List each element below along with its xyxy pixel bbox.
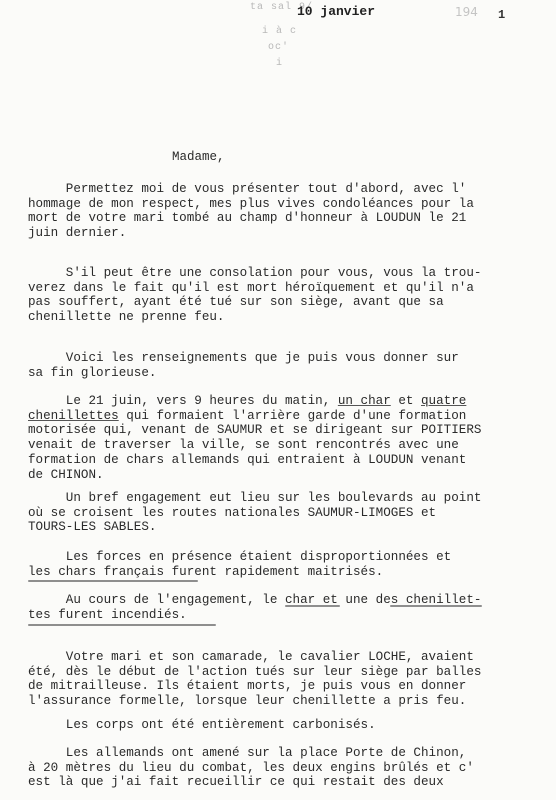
faint-stamp-line: oc' [268,42,289,53]
paragraph: Les corps ont été entièrement carbonisés… [28,718,556,733]
text-line: tes furent incendiés. [28,608,556,623]
paragraph: Le 21 juin, vers 9 heures du matin, un c… [28,394,556,482]
letter-date: 10 janvier [297,4,375,19]
text-line: est là que j'ai fait recueillir ce qui r… [28,775,556,790]
typed-underline: un char [338,394,391,408]
text-line: les chars français furent rapidement mai… [28,565,556,580]
pen-underline [390,605,482,607]
paragraph: S'il peut être une consolation pour vous… [28,266,556,325]
text-line: l'assurance formelle, lorsque leur cheni… [28,694,556,709]
text-line: juin dernier. [28,226,556,241]
text-line: Le 21 juin, vers 9 heures du matin, un c… [28,394,556,409]
handwritten-year: 194 [455,5,478,19]
paragraph: Un bref engagement eut lieu sur les boul… [28,491,556,535]
text-line: Les forces en présence étaient dispropor… [28,550,556,565]
text-line: formation de chars allemands qui entraie… [28,453,556,468]
paragraph: Les allemands ont amené sur la place Por… [28,746,556,790]
text-line: Les corps ont été entièrement carbonisés… [28,718,556,733]
pen-underline [285,605,340,607]
text-line: hommage de mon respect, mes plus vives c… [28,197,556,212]
text-line: été, dès le début de l'action tués sur l… [28,665,556,680]
text-line: motorisée qui, venant de SAUMUR et se di… [28,423,556,438]
text-line: mort de votre mari tombé au champ d'honn… [28,211,556,226]
pen-underline [28,580,198,582]
text-line: où se croisent les routes nationales SAU… [28,506,556,521]
text-line: venait de traverser la ville, se sont re… [28,438,556,453]
faint-stamp-line: i [276,58,283,69]
paragraph: Votre mari et son camarade, le cavalier … [28,650,556,709]
text-line: de CHINON. [28,468,556,483]
letter-page: ta sal 9/ i à c oc' i 10 janvier 194 1 M… [0,0,556,800]
paragraph: Les forces en présence étaient dispropor… [28,550,556,579]
typed-underline: chenillettes [28,409,119,423]
text-line: chenillette ne prenne feu. [28,310,556,325]
text-line: de mitrailleuse. Ils étaient morts, je p… [28,679,556,694]
text-line: TOURS-LES SABLES. [28,520,556,535]
salutation: Madame, [172,150,225,164]
pen-underline [28,624,216,626]
text-line: Voici les renseignements que je puis vou… [28,351,556,366]
text-line: Les allemands ont amené sur la place Por… [28,746,556,761]
paragraph: Au cours de l'engagement, le char et une… [28,593,556,622]
text-line: verez dans le fait qu'il est mort héroïq… [28,281,556,296]
text-line: Votre mari et son camarade, le cavalier … [28,650,556,665]
text-line: pas souffert, ayant été tué sur son sièg… [28,295,556,310]
text-line: Permettez moi de vous présenter tout d'a… [28,182,556,197]
paragraph: Permettez moi de vous présenter tout d'a… [28,182,556,241]
typed-underline: quatre [421,394,466,408]
page-number: 1 [498,8,505,22]
text-line: sa fin glorieuse. [28,366,556,381]
text-line: Un bref engagement eut lieu sur les boul… [28,491,556,506]
faint-stamp-line: i à c [262,26,297,37]
text-line: chenillettes qui formaient l'arrière gar… [28,409,556,424]
paragraph: Voici les renseignements que je puis vou… [28,351,556,380]
text-line: S'il peut être une consolation pour vous… [28,266,556,281]
text-line: à 20 mètres du lieu du combat, les deux … [28,761,556,776]
